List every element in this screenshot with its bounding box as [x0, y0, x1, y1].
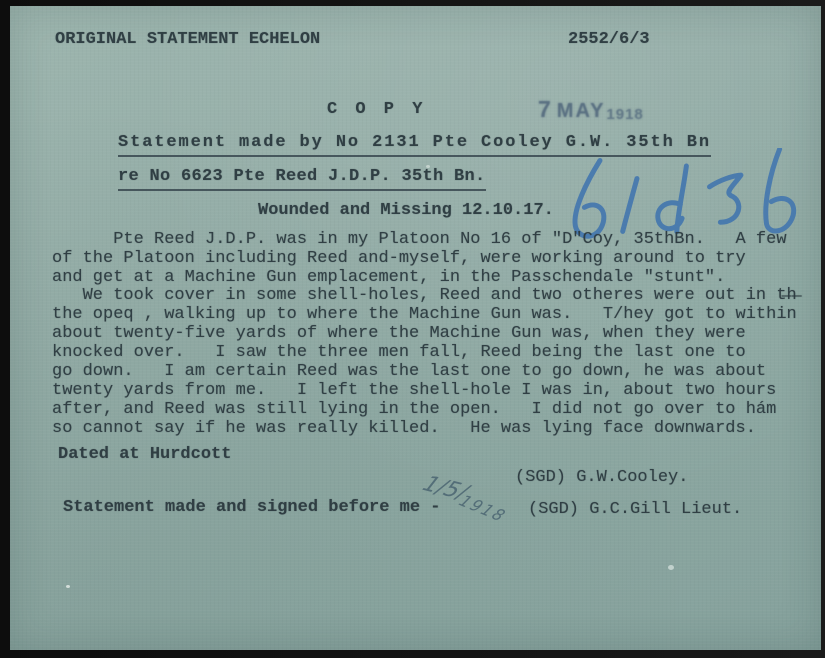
statement-paragraph-2: We took cover in some shell-holes, Reed … — [52, 286, 797, 438]
statement-title-line2: re No 6623 Pte Reed J.D.P. 35th Bn. — [118, 167, 486, 191]
document-paper: ORIGINAL STATEMENT ECHELON 2552/6/3 C O … — [10, 6, 821, 650]
signed-date-year: 1918 — [455, 491, 510, 525]
pen-digit-3 — [709, 175, 743, 223]
attestation-line: Statement made and signed before me - — [63, 498, 440, 517]
dated-at-line: Dated at Hurdcott — [58, 445, 231, 464]
officer-signature: (SGD) G.C.Gill Lieut. — [528, 500, 742, 519]
statement-subject-line: Wounded and Missing 12.10.17. — [258, 201, 554, 220]
copy-label: C O P Y — [327, 100, 426, 119]
pen-digit-b — [762, 149, 794, 232]
stamp-month: MAY — [557, 100, 606, 122]
pen-letter-d — [655, 166, 690, 233]
header-reference-number: 2552/6/3 — [568, 30, 650, 49]
pen-digit-1 — [620, 179, 640, 232]
statement-paragraph-1: Pte Reed J.D.P. was in my Platoon No 16 … — [52, 230, 787, 287]
witness-signature: (SGD) G.W.Cooley. — [515, 468, 688, 487]
stamp-day: 7 — [538, 96, 553, 122]
received-date-stamp: 7MAY1918 — [538, 96, 643, 123]
pen-digit-6 — [572, 160, 605, 236]
header-echelon-label: ORIGINAL STATEMENT ECHELON — [55, 30, 320, 49]
stamp-year: 1918 — [606, 106, 643, 123]
